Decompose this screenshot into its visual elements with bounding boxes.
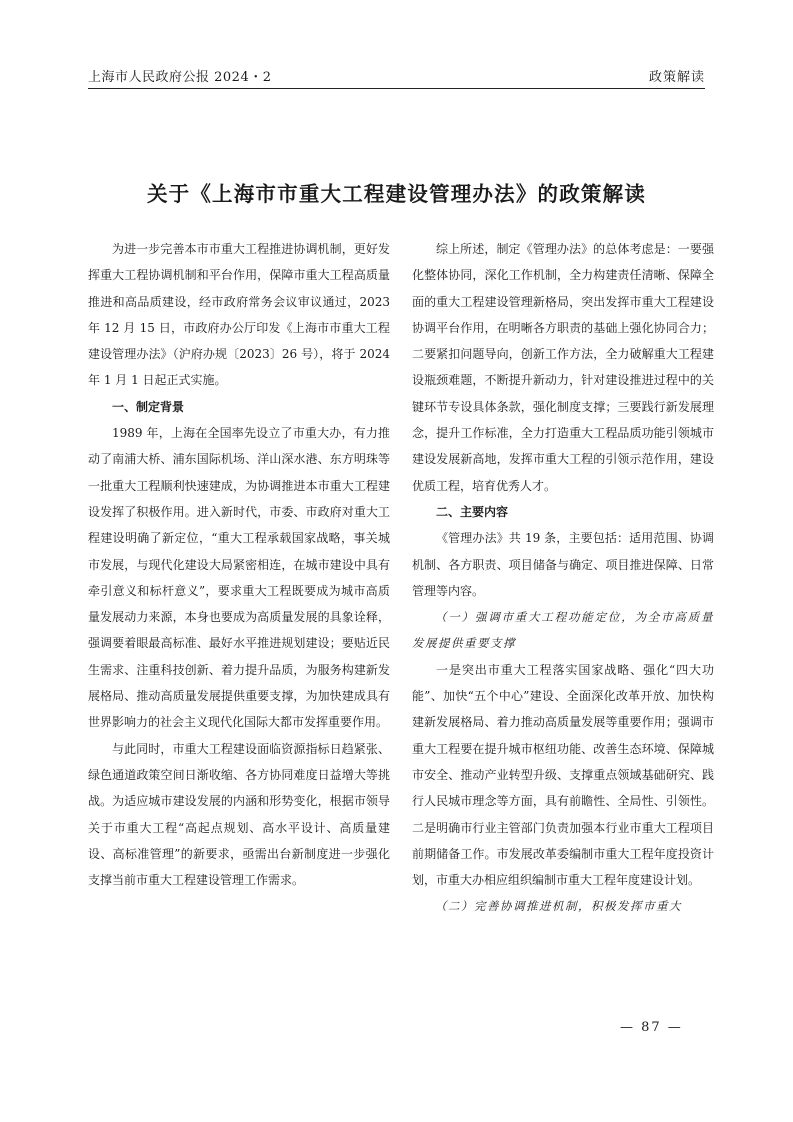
summary-paragraph: 综上所述，制定《管理办法》的总体考虑是：一要强化整体协同，深化工作机制，全力构建… <box>412 236 714 499</box>
section-name: 政策解读 <box>649 66 705 85</box>
running-header: 上海市人民政府公报 2024・2 政策解读 <box>88 64 705 89</box>
background-paragraph-1: 1989 年，上海在全国率先设立了市重大办，有力推动了南浦大桥、浦东国际机场、洋… <box>88 420 390 736</box>
section-heading-main-content: 二、主要内容 <box>412 499 714 525</box>
subsection-1-paragraph: 一是突出市重大工程落实国家战略、强化“四大功能”、加快“五个中心”建设、全面深化… <box>412 657 714 894</box>
section-heading-background: 一、制定背景 <box>88 394 390 420</box>
subheading-1: （一）强调市重大工程功能定位，为全市高质量发展提供重要支撑 <box>412 604 714 657</box>
page-number: — 87 — <box>620 1020 683 1035</box>
subheading-2: （二）完善协调推进机制，积极发挥市重大 <box>412 893 714 919</box>
right-column: 综上所述，制定《管理办法》的总体考虑是：一要强化整体协同，深化工作机制，全力构建… <box>412 236 714 920</box>
background-paragraph-2: 与此同时，市重大工程建设面临资源指标日趋紧张、绿色通道政策空间日渐收缩、各方协同… <box>88 736 390 894</box>
journal-name: 上海市人民政府公报 2024・2 <box>88 66 272 85</box>
left-column: 为进一步完善本市市重大工程推进协调机制，更好发挥重大工程协调机制和平台作用，保障… <box>88 236 390 893</box>
intro-paragraph: 为进一步完善本市市重大工程推进协调机制，更好发挥重大工程协调机制和平台作用，保障… <box>88 236 390 394</box>
article-title: 关于《上海市市重大工程建设管理办法》的政策解读 <box>0 177 793 207</box>
main-content-paragraph: 《管理办法》共 19 条，主要包括：适用范围、协调机制、各方职责、项目储备与确定… <box>412 525 714 604</box>
